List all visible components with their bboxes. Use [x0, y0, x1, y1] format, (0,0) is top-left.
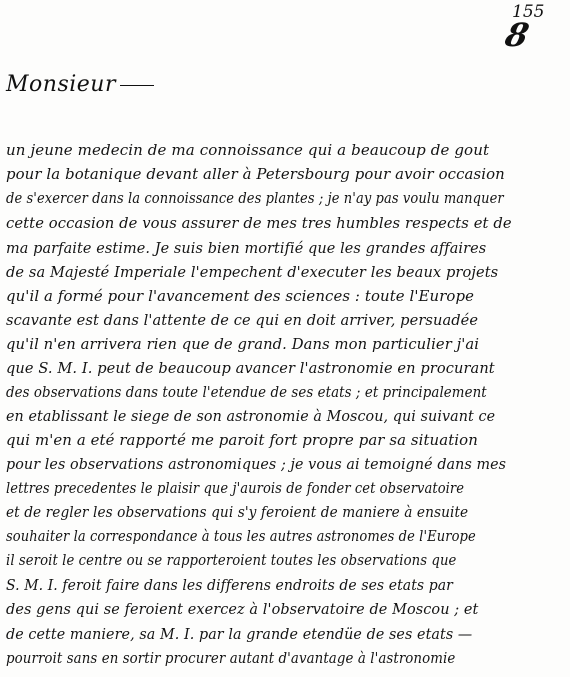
letter-line: pourroit sans en sortir procurer autant …: [6, 648, 455, 668]
letter-line: en etablissant le siege de son astronomi…: [6, 406, 495, 426]
letter-line: il seroit le centre ou se rapporteroient…: [6, 550, 456, 570]
letter-line: des observations dans toute l'etendue de…: [6, 382, 487, 402]
letter-line: des gens qui se feroient exercez à l'obs…: [6, 599, 478, 619]
manuscript-page: 155 8 Monsieur un jeune medecin de ma co…: [0, 0, 570, 677]
folio-mark: 8: [502, 16, 532, 54]
letter-line: de sa Majesté Imperiale l'empechent d'ex…: [6, 262, 498, 282]
letter-line: de s'exercer dans la connoissance des pl…: [6, 188, 504, 208]
letter-line: un jeune medecin de ma connoissance qui …: [6, 140, 489, 160]
letter-line: que S. M. I. peut de beaucoup avancer l'…: [6, 358, 495, 378]
letter-line: scavante est dans l'attente de ce qui en…: [6, 310, 478, 330]
letter-line: qu'il a formé pour l'avancement des scie…: [6, 286, 474, 306]
letter-line: souhaiter la correspondance à tous les a…: [6, 526, 476, 546]
letter-line: de cette maniere, sa M. I. par la grande…: [6, 624, 472, 644]
salutation: Monsieur: [6, 72, 154, 97]
letter-line: qui m'en a eté rapporté me paroit fort p…: [6, 430, 478, 450]
letter-line: lettres precedentes le plaisir que j'aur…: [6, 478, 464, 498]
letter-line: ma parfaite estime. Je suis bien mortifi…: [6, 238, 486, 258]
letter-line: pour les observations astronomiques ; je…: [6, 454, 506, 474]
letter-line: cette occasion de vous assurer de mes tr…: [6, 213, 512, 233]
letter-line: S. M. I. feroit faire dans les differens…: [6, 575, 453, 595]
letter-line: et de regler les observations qui s'y fe…: [6, 502, 468, 522]
letter-line: pour la botanique devant aller à Petersb…: [6, 164, 505, 184]
letter-line: qu'il n'en arrivera rien que de grand. D…: [6, 334, 479, 354]
